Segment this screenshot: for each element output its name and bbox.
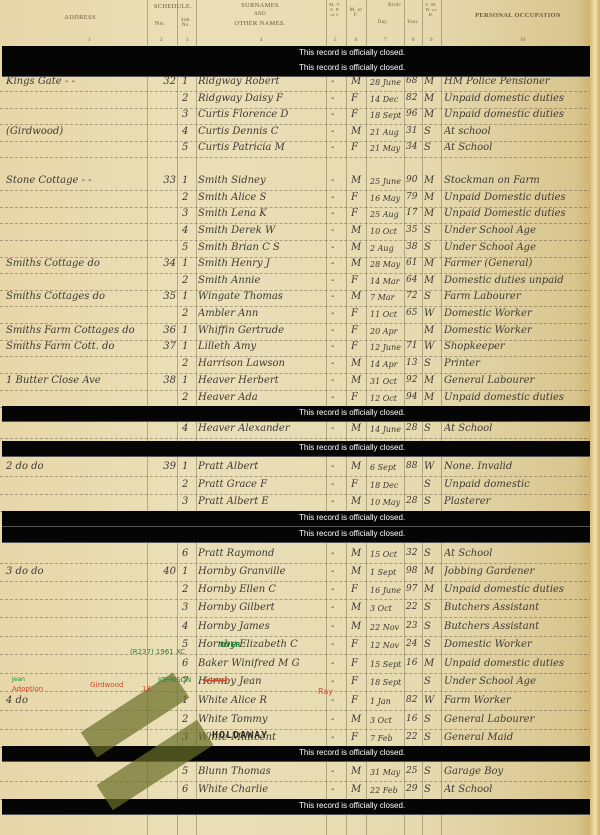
record-sex: F <box>351 93 365 104</box>
census-record-row: 4Hornby James-M22 Nov23SButchers Assista… <box>0 619 592 638</box>
record-address: Smiths Farm Cott. do <box>6 341 146 352</box>
record-marital: S <box>424 479 438 490</box>
record-sub: 2 <box>182 308 194 319</box>
col-number: 6 <box>355 38 358 43</box>
record-sub: 6 <box>182 548 194 559</box>
record-birth-day: 15 Sept <box>370 660 404 669</box>
record-name: Blunn Thomas <box>198 766 318 777</box>
header-marital: S. M. W. or D. <box>423 2 439 17</box>
record-sub: 1 <box>182 375 194 386</box>
col-number: 5 <box>334 38 337 43</box>
record-address: 3 do do <box>6 566 146 577</box>
record-marital: S <box>424 602 438 613</box>
census-record-row: 2 do do391Pratt Albert-M6 Sept88WNone. I… <box>0 459 592 478</box>
record-occupation: General Labourer <box>444 375 584 386</box>
record-sub: 6 <box>182 784 194 795</box>
record-sex: F <box>351 479 365 490</box>
record-occupation: Domestic Worker <box>444 639 584 650</box>
record-birth-day: 14 Mar <box>370 277 404 286</box>
record-marital-mark: - <box>331 714 345 725</box>
record-occupation: Unpaid Domestic duties <box>444 192 584 203</box>
record-schedule: 36 <box>152 325 176 336</box>
record-occupation: Unpaid domestic <box>444 479 584 490</box>
record-occupation: Shopkeeper <box>444 341 584 352</box>
record-birth-day: 31 May <box>370 768 404 777</box>
record-marital-mark: - <box>331 461 345 472</box>
record-sub: 2 <box>182 192 194 203</box>
record-birth-year: 82 <box>406 93 420 103</box>
record-marital: M <box>424 109 438 120</box>
record-sex: F <box>351 658 365 669</box>
record-birth-day: 14 Apr <box>370 360 404 369</box>
header-schedule: SCHEDULE. <box>148 3 198 10</box>
col-number: 10 <box>520 38 525 43</box>
record-birth-day: 7 Mar <box>370 293 404 302</box>
record-birth-day: 12 Nov <box>370 641 404 650</box>
record-sex: M <box>351 784 365 795</box>
record-occupation: Domestic Worker <box>444 308 584 319</box>
closed-record-bar: This record is officially closed. <box>2 46 592 62</box>
closed-record-bar: This record is officially closed. <box>2 406 592 422</box>
record-name: Pratt Albert E <box>198 496 318 507</box>
green-reference-note: (R237) 1961 XC <box>130 648 185 656</box>
record-birth-year: 25 <box>406 766 420 776</box>
record-marital: M <box>424 584 438 595</box>
record-name: Harrison Lawson <box>198 358 318 369</box>
closed-record-label: This record is officially closed. <box>299 408 405 417</box>
record-marital-mark: - <box>331 142 345 153</box>
record-occupation: Stockman on Farm <box>444 175 584 186</box>
census-record-row: 5Curtis Patricia M-F21 May34SAt School <box>0 140 592 159</box>
record-birth-year: 17 <box>406 208 420 218</box>
record-birth-year: 34 <box>406 142 420 152</box>
record-marital-mark: - <box>331 584 345 595</box>
record-address: (Girdwood) <box>6 126 146 137</box>
record-marital-mark: - <box>331 479 345 490</box>
record-occupation: General Maid <box>444 732 584 743</box>
record-marital: M <box>424 258 438 269</box>
col-number: 2 <box>160 38 163 43</box>
record-schedule: 37 <box>152 341 176 352</box>
record-sub: 5 <box>182 766 194 777</box>
record-marital-mark: - <box>331 695 345 706</box>
record-sub: 1 <box>182 341 194 352</box>
record-marital: S <box>424 225 438 236</box>
record-address: Smiths Cottage do <box>6 258 146 269</box>
record-birth-day: 3 Oct <box>370 604 404 613</box>
record-name: Curtis Florence D <box>198 109 318 120</box>
record-sub: 1 <box>182 258 194 269</box>
record-occupation: Printer <box>444 358 584 369</box>
census-register-page: ADDRESS SCHEDULE. No. Sub. No. SURNAMES … <box>0 0 600 835</box>
record-sex: F <box>351 308 365 319</box>
record-sex: M <box>351 242 365 253</box>
record-sex: M <box>351 423 365 434</box>
record-sex: F <box>351 732 365 743</box>
header-year: Year. <box>404 20 422 25</box>
record-sex: F <box>351 142 365 153</box>
record-address: Stone Cottage - - <box>6 175 146 186</box>
header-schedule-no: No. <box>150 20 170 27</box>
record-sub: 2 <box>182 479 194 490</box>
closed-record-bar: This record is officially closed. <box>2 441 592 457</box>
record-birth-year: 35 <box>406 225 420 235</box>
record-name: Smith Brian C S <box>198 242 318 253</box>
census-record-row: 3Hornby Gilbert-M3 Oct22SButchers Assist… <box>0 600 592 619</box>
record-schedule: 35 <box>152 291 176 302</box>
record-birth-day: 2 Aug <box>370 244 404 253</box>
record-occupation: Farmer (General) <box>444 258 584 269</box>
census-record-row: 7Hornby Jean-F18 SeptSUnder School Age <box>0 674 592 693</box>
record-name: Wingate Thomas <box>198 291 318 302</box>
record-occupation: Plasterer <box>444 496 584 507</box>
record-name: Pratt Albert <box>198 461 318 472</box>
record-birth-year: 98 <box>406 566 420 576</box>
record-name: Whiffin Gertrude <box>198 325 318 336</box>
record-schedule: 40 <box>152 566 176 577</box>
record-marital: S <box>424 639 438 650</box>
header-birth: Birth- <box>370 3 420 8</box>
record-sub: 4 <box>182 621 194 632</box>
record-name: White Tommy <box>198 714 318 725</box>
record-marital: M <box>424 208 438 219</box>
record-birth-day: 18 Sept <box>370 111 404 120</box>
record-birth-year: 24 <box>406 639 420 649</box>
record-marital-mark: - <box>331 548 345 559</box>
header-other-names: OTHER NAMES. <box>210 20 310 27</box>
record-name: Curtis Dennis C <box>198 126 318 137</box>
record-name: Pratt Grace F <box>198 479 318 490</box>
record-birth-day: 1 Sept <box>370 568 404 577</box>
closed-record-bar: This record is officially closed. <box>2 527 592 543</box>
record-name: Lilleth Amy <box>198 341 318 352</box>
record-sex: M <box>351 461 365 472</box>
record-address: 2 do do <box>6 461 146 472</box>
record-sub: 4 <box>182 225 194 236</box>
record-occupation: Butchers Assistant <box>444 621 584 632</box>
record-birth-day: 21 May <box>370 144 404 153</box>
record-marital-mark: - <box>331 496 345 507</box>
record-sex: F <box>351 208 365 219</box>
record-sub: 3 <box>182 208 194 219</box>
record-birth-day: 31 Oct <box>370 377 404 386</box>
record-sex: F <box>351 639 365 650</box>
record-occupation: Unpaid domestic duties <box>444 109 584 120</box>
record-marital: S <box>424 142 438 153</box>
record-birth-day: 15 Oct <box>370 550 404 559</box>
record-name: Heaver Ada <box>198 392 318 403</box>
record-birth-day: 10 May <box>370 498 404 507</box>
record-name: Smith Derek W <box>198 225 318 236</box>
record-sex: F <box>351 392 365 403</box>
record-sub: 1 <box>182 325 194 336</box>
record-occupation: HM Police Pensioner <box>444 76 584 87</box>
record-sex: M <box>351 126 365 137</box>
record-marital-mark: - <box>331 566 345 577</box>
record-sub: 1 <box>182 566 194 577</box>
record-address: Kings Gate - - <box>6 76 146 87</box>
record-marital: W <box>424 308 438 319</box>
record-occupation: Unpaid Domestic duties <box>444 208 584 219</box>
record-occupation: Jobbing Gardener <box>444 566 584 577</box>
record-marital: M <box>424 192 438 203</box>
census-record-row: 5Hornby Elizabeth C-F12 Nov24SDomestic W… <box>0 637 592 656</box>
record-birth-year: 31 <box>406 126 420 136</box>
record-name: Hornby Granville <box>198 566 318 577</box>
record-birth-day: 6 Sept <box>370 463 404 472</box>
record-marital-mark: - <box>331 602 345 613</box>
record-marital-mark: - <box>331 208 345 219</box>
record-birth-day: 14 June <box>370 425 404 434</box>
record-marital-mark: - <box>331 423 345 434</box>
record-sex: F <box>351 325 365 336</box>
record-sex: F <box>351 676 365 687</box>
record-birth-day: 25 June <box>370 177 404 186</box>
record-occupation: Unpaid domestic duties <box>444 392 584 403</box>
record-name: Curtis Patricia M <box>198 142 318 153</box>
record-marital: M <box>424 175 438 186</box>
record-birth-year: 16 <box>406 658 420 668</box>
red-margin-number: 18 <box>142 685 151 693</box>
record-marital: S <box>424 548 438 559</box>
record-marital-mark: - <box>331 375 345 386</box>
record-sub: 4 <box>182 126 194 137</box>
record-sub: 5 <box>182 242 194 253</box>
record-marital-mark: - <box>331 621 345 632</box>
record-schedule: 33 <box>152 175 176 186</box>
record-marital-mark: - <box>331 325 345 336</box>
record-marital: S <box>424 358 438 369</box>
record-sex: M <box>351 225 365 236</box>
census-record-row: 5Blunn Thomas-M31 May25SGarage Boy <box>0 764 592 783</box>
header-surnames: SURNAMES <box>210 2 310 9</box>
record-marital: W <box>424 341 438 352</box>
census-record-row: 4 do1White Alice R-F1 Jan82WFarm Worker <box>0 693 592 712</box>
record-birth-year: 64 <box>406 275 420 285</box>
col-number: 3 <box>186 38 189 43</box>
record-birth-day: 12 June <box>370 343 404 352</box>
record-address: 1 Butter Close Ave <box>6 375 146 386</box>
census-record-row: 3 do do401Hornby Granville-M1 Sept98MJob… <box>0 564 592 583</box>
red-adoption-note: Adoption <box>12 685 43 693</box>
record-occupation: At School <box>444 548 584 559</box>
record-birth-day: 14 Dec <box>370 95 404 104</box>
record-occupation: Under School Age <box>444 225 584 236</box>
record-name: Hornby Gilbert <box>198 602 318 613</box>
closed-record-label: This record is officially closed. <box>299 513 405 522</box>
record-sex: M <box>351 548 365 559</box>
record-name: White Alice R <box>198 695 318 706</box>
record-marital: W <box>424 461 438 472</box>
record-sub: 1 <box>182 461 194 472</box>
record-occupation: Domestic Worker <box>444 325 584 336</box>
col-number: 1 <box>88 38 91 43</box>
record-marital-mark: - <box>331 109 345 120</box>
closed-record-label: This record is officially closed. <box>299 748 405 757</box>
record-sex: F <box>351 584 365 595</box>
record-marital: S <box>424 242 438 253</box>
record-marital: S <box>424 766 438 777</box>
record-name: White Charlie <box>198 784 318 795</box>
record-address: Smiths Farm Cottages do <box>6 325 146 336</box>
census-record-row: 4Heaver Alexander-M14 June28SAt School <box>0 421 592 440</box>
record-marital-mark: - <box>331 639 345 650</box>
record-name: Pratt Raymond <box>198 548 318 559</box>
holdaway-stamp: HOLDAWAY <box>212 730 268 741</box>
record-marital: S <box>424 676 438 687</box>
record-marital-mark: - <box>331 766 345 777</box>
row-rule <box>0 157 592 159</box>
record-birth-year: 38 <box>406 242 420 252</box>
record-occupation: Unpaid domestic duties <box>444 658 584 669</box>
header-schedule-sub: Sub. No. <box>176 18 196 28</box>
header-and: AND <box>210 12 310 17</box>
record-sub: 6 <box>182 658 194 669</box>
col-number: 8 <box>412 38 415 43</box>
record-sex: M <box>351 258 365 269</box>
record-marital: M <box>424 658 438 669</box>
record-birth-year: 22 <box>406 602 420 612</box>
record-occupation: Domestic duties unpaid <box>444 275 584 286</box>
record-sub: 3 <box>182 109 194 120</box>
record-sex: F <box>351 109 365 120</box>
record-birth-day: 3 Oct <box>370 716 404 725</box>
record-birth-year: 61 <box>406 258 420 268</box>
record-birth-year: 71 <box>406 341 420 351</box>
record-occupation: Unpaid domestic duties <box>444 93 584 104</box>
record-marital: S <box>424 126 438 137</box>
red-side-note: Girdwood <box>90 681 123 689</box>
record-marital-mark: - <box>331 358 345 369</box>
record-birth-day: 22 Nov <box>370 623 404 632</box>
record-sex: M <box>351 175 365 186</box>
record-sub: 2 <box>182 358 194 369</box>
red-ray-note: Ray <box>318 687 333 696</box>
record-sex: F <box>351 341 365 352</box>
record-marital: S <box>424 621 438 632</box>
record-marital: W <box>424 695 438 706</box>
header-occupation: PERSONAL OCCUPATION <box>448 12 588 19</box>
record-marital: M <box>424 93 438 104</box>
record-name: Smith Henry J <box>198 258 318 269</box>
record-occupation: Farm Labourer <box>444 291 584 302</box>
record-occupation: General Labourer <box>444 714 584 725</box>
record-marital-mark: - <box>331 732 345 743</box>
record-marital: S <box>424 291 438 302</box>
record-sex: M <box>351 291 365 302</box>
header-address: ADDRESS <box>20 14 140 21</box>
record-birth-year: 82 <box>406 695 420 705</box>
record-occupation: At School <box>444 142 584 153</box>
record-address: Smiths Cottages do <box>6 291 146 302</box>
record-name: Ridgway Robert <box>198 76 318 87</box>
record-birth-year: 92 <box>406 375 420 385</box>
census-record-row: 6Pratt Raymond-M15 Oct32SAt School <box>0 546 592 565</box>
col-number: 9 <box>430 38 433 43</box>
record-birth-day: 18 Sept <box>370 678 404 687</box>
record-sex: M <box>351 714 365 725</box>
record-birth-year: 90 <box>406 175 420 185</box>
record-sex: M <box>351 621 365 632</box>
closed-record-label: This record is officially closed. <box>299 801 405 810</box>
census-record-row: 6Baker Winifred M G-F15 Sept16MUnpaid do… <box>0 656 592 675</box>
col-number: 7 <box>384 38 387 43</box>
record-birth-day: 7 Feb <box>370 734 404 743</box>
record-name: Heaver Alexander <box>198 423 318 434</box>
record-sex: M <box>351 76 365 87</box>
record-sub: 2 <box>182 93 194 104</box>
record-sub: 3 <box>182 602 194 613</box>
red-struck-name: Gibson <box>203 676 227 684</box>
record-schedule: 39 <box>152 461 176 472</box>
record-sub: 2 <box>182 584 194 595</box>
record-birth-year: 97 <box>406 584 420 594</box>
closed-record-bar: This record is officially closed. <box>2 511 592 527</box>
record-schedule: 38 <box>152 375 176 386</box>
closed-record-bar: This record is officially closed. <box>2 799 592 815</box>
record-sub: 5 <box>182 142 194 153</box>
record-marital-mark: - <box>331 93 345 104</box>
record-marital-mark: - <box>331 291 345 302</box>
record-sub: 1 <box>182 175 194 186</box>
record-name: Ambler Ann <box>198 308 318 319</box>
record-sex: M <box>351 602 365 613</box>
record-birth-day: 11 Oct <box>370 310 404 319</box>
record-name: Smith Lena K <box>198 208 318 219</box>
record-marital-mark: - <box>331 658 345 669</box>
record-marital: M <box>424 375 438 386</box>
record-name: Hornby Elizabeth C <box>198 639 318 650</box>
record-marital: M <box>424 325 438 336</box>
record-occupation: Garage Boy <box>444 766 584 777</box>
column-header: ADDRESS SCHEDULE. No. Sub. No. SURNAMES … <box>0 0 592 46</box>
record-marital: S <box>424 784 438 795</box>
record-sex: M <box>351 566 365 577</box>
census-record-row: 2Hornby Ellen C-F16 June97MUnpaid domest… <box>0 582 592 601</box>
header-day: Day. <box>368 20 398 25</box>
record-marital-mark: - <box>331 126 345 137</box>
record-birth-day: 18 Dec <box>370 481 404 490</box>
record-marital: S <box>424 423 438 434</box>
record-birth-year: 68 <box>406 76 420 86</box>
record-birth-day: 25 Aug <box>370 210 404 219</box>
green-margin-note: Jean <box>12 676 25 683</box>
closed-record-label: This record is officially closed. <box>299 63 405 72</box>
record-sex: F <box>351 695 365 706</box>
record-marital-mark: - <box>331 175 345 186</box>
record-birth-year: 94 <box>406 392 420 402</box>
record-occupation: Farm Worker <box>444 695 584 706</box>
record-sex: F <box>351 192 365 203</box>
green-name-note: JOHNSON <box>158 676 191 684</box>
record-marital: M <box>424 275 438 286</box>
record-sub: 4 <box>182 423 194 434</box>
record-marital-mark: - <box>331 308 345 319</box>
record-birth-day: 10 Oct <box>370 227 404 236</box>
record-sex: F <box>351 275 365 286</box>
record-marital: M <box>424 566 438 577</box>
record-occupation: None. Invalid <box>444 461 584 472</box>
record-marital: S <box>424 496 438 507</box>
record-birth-day: 16 May <box>370 194 404 203</box>
record-sex: M <box>351 496 365 507</box>
record-sex: M <box>351 766 365 777</box>
record-sub: 3 <box>182 496 194 507</box>
header-sex: M. or F. <box>347 8 365 18</box>
record-birth-year: 13 <box>406 358 420 368</box>
record-marital-mark: - <box>331 76 345 87</box>
record-name: Smith Alice S <box>198 192 318 203</box>
